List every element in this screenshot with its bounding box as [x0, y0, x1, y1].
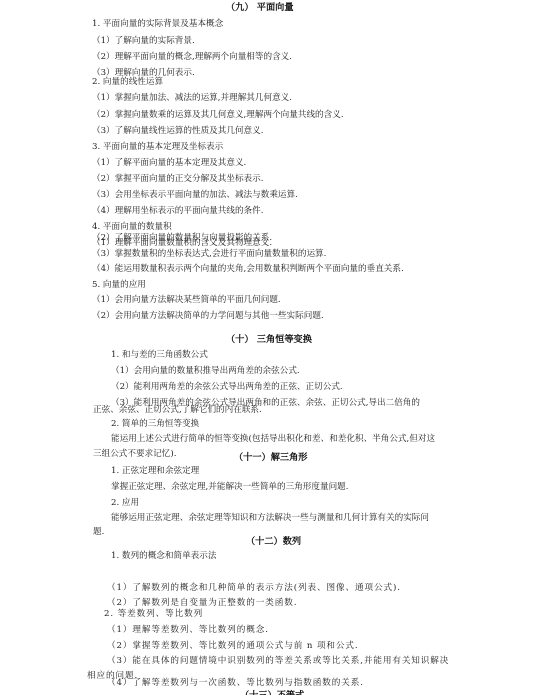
item-line: （2）了解平面向量的数量积与向量投影的关系.	[92, 232, 272, 245]
item-line: （4）能运用数量积表示两个向量的夹角,会用数量积判断两个平面向量的垂直关系.	[92, 263, 404, 276]
item-line: （1）了解平面向量的基本定理及其意义.	[92, 157, 246, 170]
topic-line: 1. 和与差的三角函数公式	[111, 349, 208, 362]
topic-line: 3. 平面向量的基本定理及坐标表示	[92, 141, 223, 154]
section-heading-vectors: （九） 平面向量	[226, 1, 294, 14]
item-line: （3）掌握数量积的坐标表达式,会进行平面向量数量积的运算.	[92, 248, 326, 261]
topic-line: 2. 等差数列、等比数列	[104, 608, 203, 621]
section-heading-sequences: （十二）数列	[246, 535, 301, 548]
item-line: （2）能利用两角差的余弦公式导出两角差的正弦、正切公式.	[111, 381, 343, 394]
paragraph-line: 能够运用正弦定理、余弦定理等知识和方法解决一些与测量和几何计算有关的实际问	[111, 512, 429, 525]
item-line: （2）掌握平面向量的正交分解及其坐标表示.	[92, 173, 263, 186]
paragraph-line: 掌握正弦定理、余弦定理,并能解决一些简单的三角形度量问题.	[111, 481, 349, 494]
item-line: （1）会用向量的数量积推导出两角差的余弦公式.	[111, 365, 300, 378]
continuation-line: 正弦、余弦、正切公式,了解它们的内在联系.	[93, 404, 262, 417]
topic-line: 5. 向量的应用	[92, 279, 146, 292]
section-heading-inequalities: （十三）不等式	[240, 689, 304, 695]
item-line: （2）理解平面向量的概念,理解两个向量相等的含义.	[92, 51, 292, 64]
topic-line: 2. 应用	[111, 497, 139, 510]
item-line: （2）会用向量方法解决简单的力学问题与其他一些实际问题.	[92, 310, 324, 323]
continuation-line: 三组公式不要求记忆).	[93, 448, 176, 461]
item-line: （4）了解等差数列与一次函数、等比数列与指数函数的关系.	[107, 677, 364, 690]
item-line: （2）掌握等差数列、等比数列的通项公式与前 n 项和公式.	[107, 640, 359, 653]
item-line: （3）能在具体的问题情境中识别数列的等差关系或等比关系,并能用有关知识解决	[107, 655, 449, 668]
item-line: （3）会用坐标表示平面向量的加法、减法与数乘运算.	[92, 189, 298, 202]
paragraph-line: 能运用上述公式进行简单的恒等变换(包括导出积化和差、和差化积、半角公式,但对这	[111, 433, 435, 446]
topic-line: 2. 向量的线性运算	[92, 76, 163, 89]
item-line: （1）理解等差数列、等比数列的概念.	[107, 624, 269, 637]
topic-line: 2. 简单的三角恒等变换	[111, 418, 199, 431]
item-line: （2）掌握向量数乘的运算及其几何意义,理解两个向量共线的含义.	[92, 109, 344, 122]
item-line: （1）会用向量方法解决某些简单的平面几何问题.	[92, 294, 281, 307]
section-heading-triangles: （十一）解三角形	[234, 451, 308, 464]
item-line: （1）掌握向量加法、减法的运算,并理解其几何意义.	[92, 92, 292, 105]
item-line: （1）了解向量的实际背景.	[92, 35, 195, 48]
section-heading-trig-identities: （十） 三角恒等变换	[226, 333, 312, 346]
continuation-line: 题.	[93, 526, 104, 539]
topic-line: 1. 数列的概念和简单表示法	[111, 550, 216, 563]
item-line: （3）了解向量线性运算的性质及其几何意义.	[92, 125, 263, 138]
topic-line: 1. 正弦定理和余弦定理	[111, 465, 199, 478]
topic-line: 1. 平面向量的实际背景及基本概念	[92, 18, 223, 31]
item-line: （4）理解用坐标表示的平面向量共线的条件.	[92, 205, 263, 218]
item-line: （1）了解数列的概念和几种简单的表示方法(列表、图像、通项公式).	[107, 582, 401, 595]
